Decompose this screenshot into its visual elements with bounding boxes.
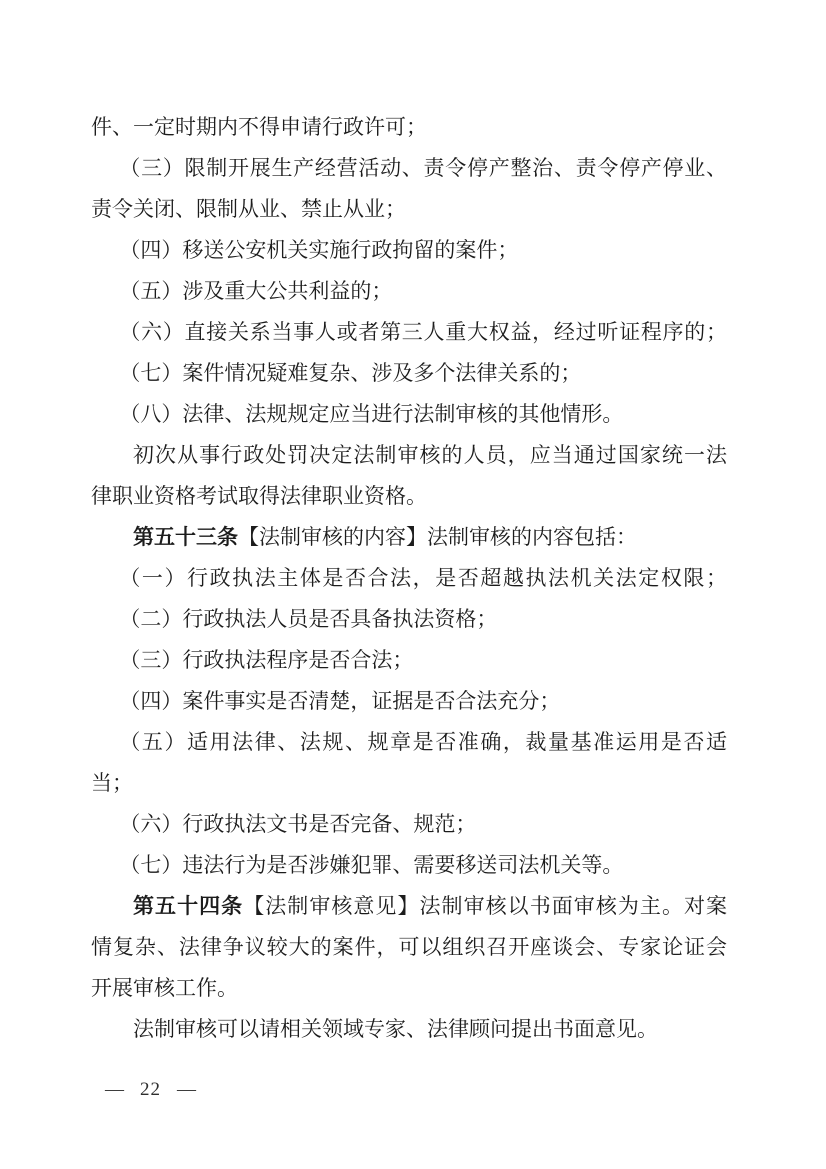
page-background: 件、一定时期内不得申请行政许可；（三）限制开展生产经营活动、责令停产整治、责令停… xyxy=(0,0,826,1169)
text-line: （五）适用法律、法规、规章是否准确，裁量基准运用是否适 xyxy=(91,722,727,763)
article-number: 第五十四条 xyxy=(133,894,243,918)
text-line: 情复杂、法律争议较大的案件，可以组织召开座谈会、专家论证会 xyxy=(91,927,727,968)
text-line: 初次从事行政处罚决定法制审核的人员，应当通过国家统一法 xyxy=(91,435,727,476)
page-footer: — 22 — xyxy=(105,1077,196,1103)
text-segment: 开展审核工作。 xyxy=(91,976,238,1000)
footer-dash-left: — xyxy=(105,1079,124,1101)
text-line: （四）案件事实是否清楚，证据是否合法充分； xyxy=(91,681,727,722)
text-segment: （三）限制开展生产经营活动、责令停产整治、责令停产停业、 xyxy=(119,156,727,180)
text-line: （六）行政执法文书是否完备、规范； xyxy=(91,804,727,845)
text-segment: 初次从事行政处罚决定法制审核的人员，应当通过国家统一法 xyxy=(133,443,727,467)
text-segment: （六）直接关系当事人或者第三人重大权益，经过听证程序的； xyxy=(119,320,727,344)
text-segment: 件、一定时期内不得申请行政许可； xyxy=(91,115,427,139)
text-segment: （四）移送公安机关实施行政拘留的案件； xyxy=(119,238,518,262)
text-line: （七）违法行为是否涉嫌犯罪、需要移送司法机关等。 xyxy=(91,845,727,886)
text-segment: （六）行政执法文书是否完备、规范； xyxy=(119,812,476,836)
text-segment: 责令关闭、限制从业、禁止从业； xyxy=(91,197,406,221)
document-body: 件、一定时期内不得申请行政许可；（三）限制开展生产经营活动、责令停产整治、责令停… xyxy=(91,107,727,1050)
text-segment: 法制审核可以请相关领域专家、法律顾问提出书面意见。 xyxy=(133,1017,658,1041)
text-line: （一）行政执法主体是否合法，是否超越执法机关法定权限； xyxy=(91,558,727,599)
text-line: （四）移送公安机关实施行政拘留的案件； xyxy=(91,230,727,271)
text-segment: 法制审核的内容包括： xyxy=(427,525,637,549)
text-segment: 【法制审核的内容】 xyxy=(238,525,427,549)
text-segment: （七）违法行为是否涉嫌犯罪、需要移送司法机关等。 xyxy=(119,853,623,877)
text-line: 件、一定时期内不得申请行政许可； xyxy=(91,107,727,148)
text-segment: 【法制审核意见】 xyxy=(243,894,419,918)
text-line: （六）直接关系当事人或者第三人重大权益，经过听证程序的； xyxy=(91,312,727,353)
text-segment: （七）案件情况疑难复杂、涉及多个法律关系的； xyxy=(119,361,581,385)
text-segment: 法制审核以书面审核为主。对案 xyxy=(420,894,728,918)
text-segment: （二）行政执法人员是否具备执法资格； xyxy=(119,607,497,631)
text-segment: 当； xyxy=(91,771,133,795)
text-line: （七）案件情况疑难复杂、涉及多个法律关系的； xyxy=(91,353,727,394)
text-segment: （四）案件事实是否清楚，证据是否合法充分； xyxy=(119,689,560,713)
text-segment: （五）适用法律、法规、规章是否准确，裁量基准运用是否适 xyxy=(119,730,727,754)
text-segment: 情复杂、法律争议较大的案件，可以组织召开座谈会、专家论证会 xyxy=(91,935,727,959)
text-segment: （一）行政执法主体是否合法，是否超越执法机关法定权限； xyxy=(119,566,727,590)
text-line: （二）行政执法人员是否具备执法资格； xyxy=(91,599,727,640)
text-segment: （五）涉及重大公共利益的； xyxy=(119,279,392,303)
text-line: 开展审核工作。 xyxy=(91,968,727,1009)
text-segment: （三）行政执法程序是否合法； xyxy=(119,648,413,672)
text-line: （八）法律、法规规定应当进行法制审核的其他情形。 xyxy=(91,394,727,435)
text-line: 法制审核可以请相关领域专家、法律顾问提出书面意见。 xyxy=(91,1009,727,1050)
footer-dash-right: — xyxy=(177,1079,196,1101)
article-number: 第五十三条 xyxy=(133,525,238,549)
document-page: { "document": { "lines": [ { "indent": "… xyxy=(0,0,826,1169)
text-line: （三）限制开展生产经营活动、责令停产整治、责令停产停业、 xyxy=(91,148,727,189)
text-segment: （八）法律、法规规定应当进行法制审核的其他情形。 xyxy=(119,402,623,426)
text-line: 第五十四条【法制审核意见】法制审核以书面审核为主。对案 xyxy=(91,886,727,927)
text-segment: 律职业资格考试取得法律职业资格。 xyxy=(91,484,427,508)
text-line: （三）行政执法程序是否合法； xyxy=(91,640,727,681)
text-line: 责令关闭、限制从业、禁止从业； xyxy=(91,189,727,230)
text-line: 律职业资格考试取得法律职业资格。 xyxy=(91,476,727,517)
page-number: 22 xyxy=(140,1079,161,1101)
text-line: 第五十三条【法制审核的内容】法制审核的内容包括： xyxy=(91,517,727,558)
text-line: （五）涉及重大公共利益的； xyxy=(91,271,727,312)
text-line: 当； xyxy=(91,763,727,804)
